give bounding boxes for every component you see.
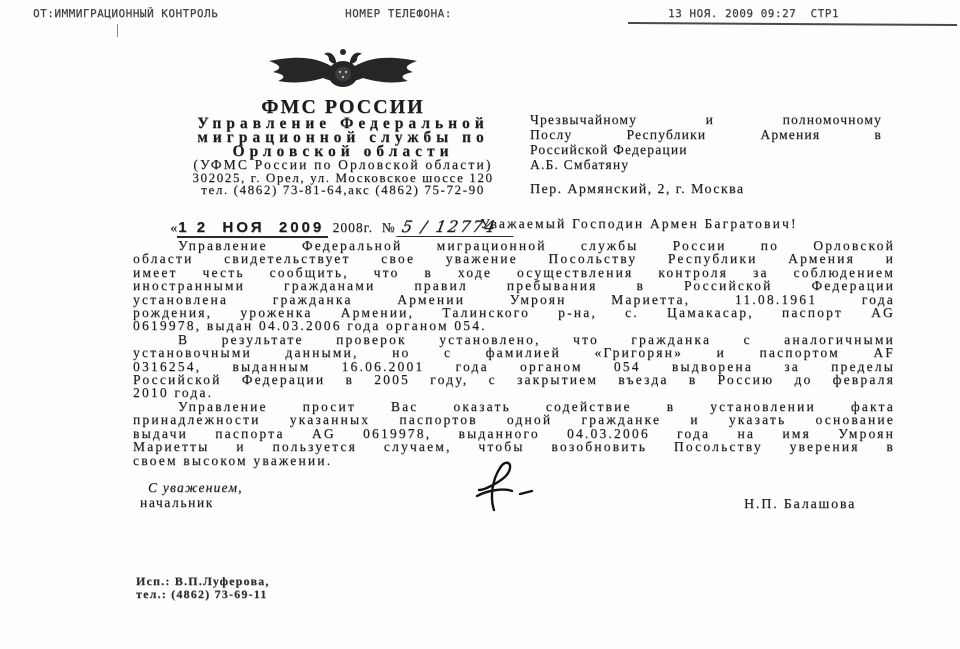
scanned-letter-page: ОТ:ИММИГРАЦИОННЫЙ КОНТРОЛЬ НОМЕР ТЕЛЕФОН…: [0, 0, 960, 649]
paragraph-2: В результате проверок установлено, что г…: [133, 333, 895, 400]
org-title: ФМС РОССИИ: [148, 97, 538, 117]
executor-footer: Исп.: В.П.Луферова, тел.: (4862) 73-69-1…: [136, 575, 270, 600]
paragraph-3: Управление просит Вас оказать содействие…: [133, 400, 895, 467]
text-line: 0619978, выдан 04.03.2006 года органом 0…: [133, 319, 895, 332]
executor-name: Исп.: В.П.Луферова,: [136, 575, 270, 588]
text-line: 2010 года.: [133, 386, 895, 399]
fax-datetime-stamp: 13 НОЯ. 2009 09:27 СТР1: [668, 7, 839, 20]
text-line: области свидетельствует свое уважение По…: [133, 252, 895, 265]
fax-phone-label: НОМЕР ТЕЛЕФОНА:: [345, 7, 452, 20]
signature-scribble-icon: [462, 458, 540, 521]
signer-position: начальник: [140, 495, 214, 511]
text-line: имеет честь сообщить, что в ходе осущест…: [133, 266, 895, 279]
double-headed-eagle-emblem-icon: [148, 46, 538, 96]
text-line: принадлежности указанных паспортов одной…: [133, 413, 895, 426]
paragraph-1: Управление Федеральной миграционной служ…: [133, 239, 895, 333]
text-line: установочными данными, но с фамилией «Гр…: [133, 346, 895, 359]
salutation: Уважаемый Господин Армен Багратович!: [133, 216, 960, 232]
text-line: Управление Федеральной миграционной служ…: [133, 239, 895, 252]
text-line: Управление просит Вас оказать содействие…: [133, 400, 895, 413]
closing-phrase: С уважением,: [148, 480, 243, 496]
fax-sender-label: ОТ:ИММИГРАЦИОННЫЙ КОНТРОЛЬ: [33, 7, 218, 20]
addressee-lines: Чрезвычайному и полномочномуПослу Респуб…: [530, 112, 882, 172]
scan-artifact-tick: [117, 24, 118, 37]
text-line: Мариетты и пользуется случаем, чтобы воз…: [133, 440, 895, 453]
text-line: Российской Федерации: [530, 142, 882, 157]
executor-phone: тел.: (4862) 73-69-11: [136, 588, 270, 601]
text-line: 0316254, выданным 16.06.2001 года органо…: [133, 360, 895, 373]
addressee-street: Пер. Армянский, 2, г. Москва: [530, 182, 882, 197]
text-line: Послу Республики Армения в: [530, 127, 882, 142]
org-phones: тел. (4862) 73-81-64,акс (4862) 75-72-90: [148, 184, 538, 197]
text-line: А.Б. Смбатяну: [530, 157, 882, 172]
addressee-block: Чрезвычайному и полномочномуПослу Респуб…: [530, 112, 882, 197]
fax-header-underline: [628, 22, 957, 26]
text-line: Чрезвычайному и полномочному: [530, 112, 882, 127]
signer-name: Н.П. Балашова: [744, 497, 856, 513]
text-line: иностранными гражданами правил пребывани…: [133, 279, 895, 292]
text-line: выдачи паспорта AG 0619978, выданного 04…: [133, 427, 895, 440]
text-line: Российской Федерации в 2005 году, с закр…: [133, 373, 895, 386]
text-line: В результате проверок установлено, что г…: [133, 333, 895, 346]
letter-body: Управление Федеральной миграционной служ…: [133, 239, 895, 467]
text-line: рождения, уроженка Армении, Талинского р…: [133, 306, 895, 319]
text-line: установлена гражданка Армении Умроян Мар…: [133, 293, 895, 306]
